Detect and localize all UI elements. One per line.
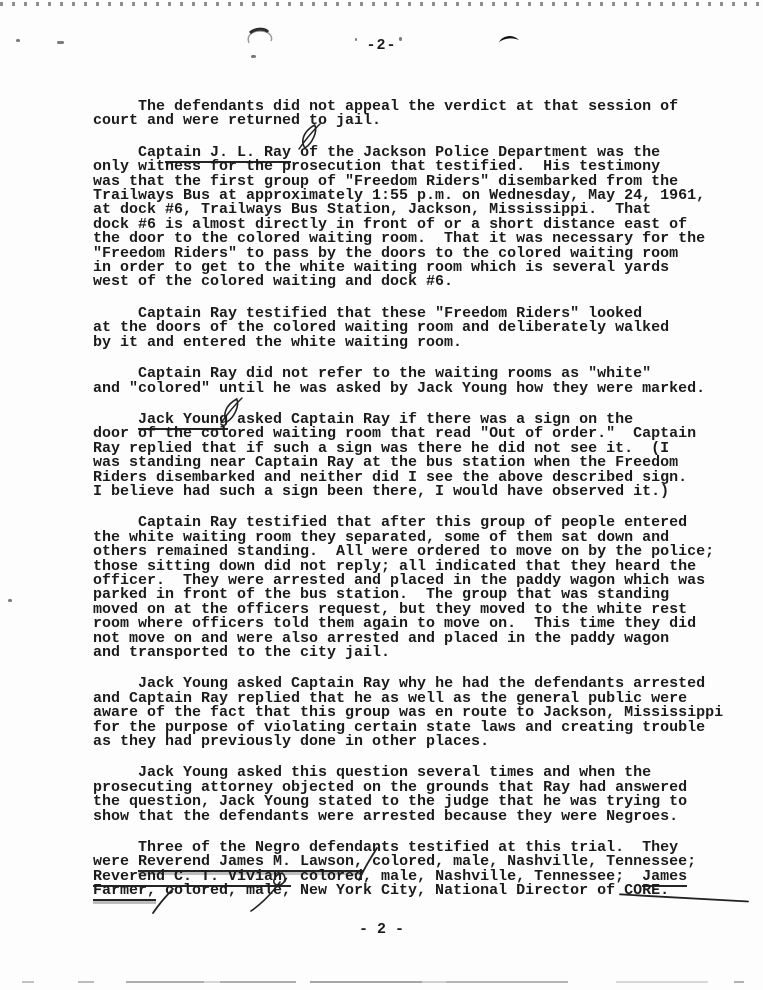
paragraph: Captain Ray did not refer to the waiting… bbox=[93, 367, 741, 396]
text-run: Jack Young asked this question several t… bbox=[93, 764, 687, 824]
ink-speck bbox=[8, 599, 12, 602]
text-run: colored, male, New York City, National D… bbox=[156, 882, 669, 899]
paragraph: Jack Young asked Captain Ray why he had … bbox=[93, 677, 741, 749]
paragraph: Jack Young asked Captain Ray if there wa… bbox=[93, 413, 741, 499]
paragraph: Jack Young asked this question several t… bbox=[93, 766, 741, 824]
ink-speck bbox=[16, 39, 20, 42]
ink-speck bbox=[57, 41, 64, 44]
document-page: -2- The defendants did not appeal the ve… bbox=[0, 0, 763, 990]
paragraph: Three of the Negro defendants testified … bbox=[93, 841, 741, 899]
text-run: Captain Ray testified that after this gr… bbox=[93, 514, 714, 661]
ink-speck bbox=[355, 38, 357, 41]
text-run: The defendants did not appeal the verdic… bbox=[93, 98, 678, 129]
paragraph: Captain Ray testified that after this gr… bbox=[93, 516, 741, 660]
text-run: Captain Ray testified that these "Freedo… bbox=[93, 305, 669, 351]
document-body: The defendants did not appeal the verdic… bbox=[93, 100, 741, 916]
page-number-bottom: - 2 - bbox=[0, 921, 763, 938]
ink-speck bbox=[399, 37, 402, 41]
ink-speck bbox=[251, 55, 256, 58]
bottom-dashed-border bbox=[8, 981, 756, 983]
underlined-text: Farmer, bbox=[93, 882, 156, 901]
paragraph: Captain J. L. Ray of the Jackson Police … bbox=[93, 146, 741, 290]
page-number-top: -2- bbox=[0, 37, 763, 54]
paragraph: The defendants did not appeal the verdic… bbox=[93, 100, 741, 129]
text-run: Captain Ray did not refer to the waiting… bbox=[93, 365, 705, 396]
paragraph: Captain Ray testified that these "Freedo… bbox=[93, 307, 741, 350]
text-run: Jack Young asked Captain Ray why he had … bbox=[93, 675, 723, 750]
text-run: of the Jackson Police Department was the… bbox=[93, 144, 705, 291]
top-dotted-border bbox=[0, 2, 763, 6]
